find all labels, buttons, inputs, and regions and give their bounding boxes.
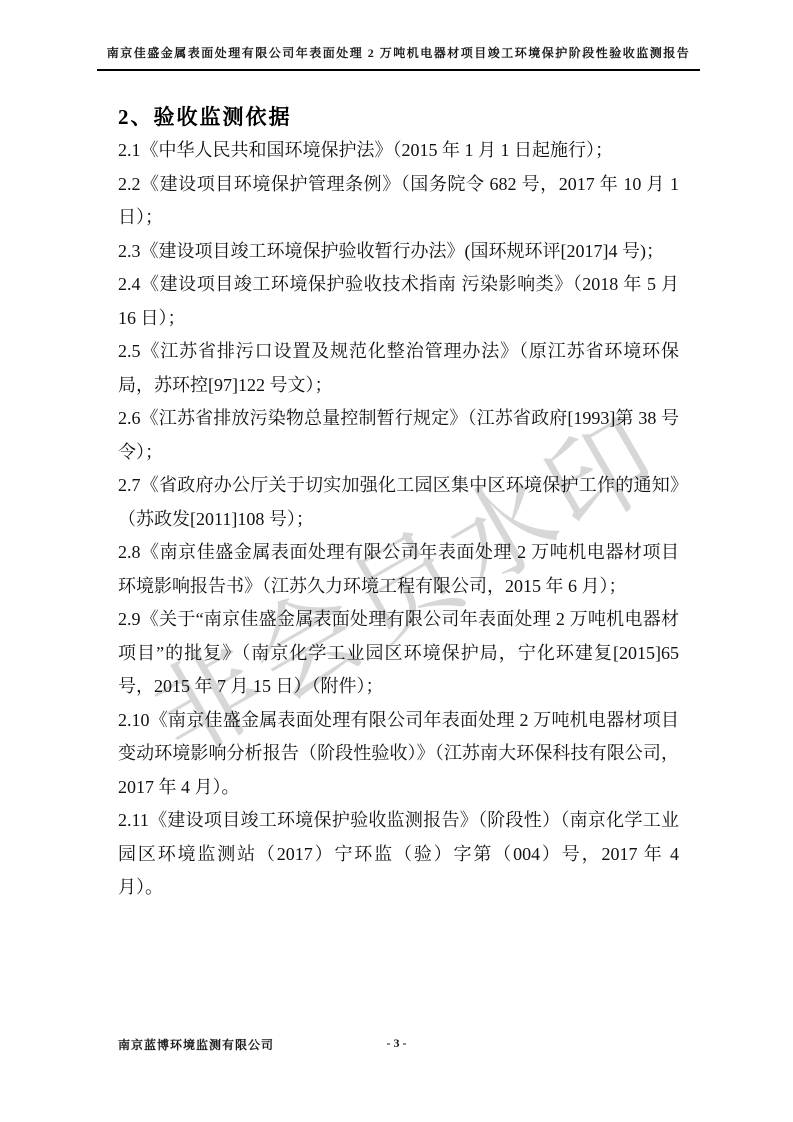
- reference-list: 2.1《中华人民共和国环境保护法》（2015 年 1 月 1 日起施行）； 2.…: [118, 134, 679, 905]
- report-header: 南京佳盛金属表面处理有限公司年表面处理 2 万吨机电器材项目竣工环境保护阶段性验…: [97, 44, 700, 71]
- reference-item-2-3: 2.3《建设项目竣工环境保护验收暂行办法》(国环规环评[2017]4 号)；: [118, 235, 679, 269]
- footer-page-number: - 3 -: [0, 1036, 793, 1051]
- page-body: 2、验收监测依据 2.1《中华人民共和国环境保护法》（2015 年 1 月 1 …: [118, 96, 679, 905]
- document-page: 非会员水印 南京佳盛金属表面处理有限公司年表面处理 2 万吨机电器材项目竣工环境…: [0, 0, 793, 1122]
- reference-item-2-2: 2.2《建设项目环境保护管理条例》（国务院令 682 号，2017 年 10 月…: [118, 168, 679, 235]
- page-footer: 南京蓝博环境监测有限公司 - 3 -: [0, 1036, 793, 1056]
- reference-item-2-8: 2.8《南京佳盛金属表面处理有限公司年表面处理 2 万吨机电器材项目环境影响报告…: [118, 536, 679, 603]
- reference-item-2-9: 2.9《关于“南京佳盛金属表面处理有限公司年表面处理 2 万吨机电器材项目”的批…: [118, 603, 679, 704]
- reference-item-2-1: 2.1《中华人民共和国环境保护法》（2015 年 1 月 1 日起施行）；: [118, 134, 679, 168]
- reference-item-2-11: 2.11《建设项目竣工环境保护验收监测报告》（阶段性）（南京化学工业园区环境监测…: [118, 804, 679, 905]
- reference-item-2-6: 2.6《江苏省排放污染物总量控制暂行规定》（江苏省政府[1993]第 38 号令…: [118, 402, 679, 469]
- reference-item-2-5: 2.5《江苏省排污口设置及规范化整治管理办法》（原江苏省环境环保局，苏环控[97…: [118, 335, 679, 402]
- report-header-title: 南京佳盛金属表面处理有限公司年表面处理 2 万吨机电器材项目竣工环境保护阶段性验…: [107, 46, 691, 60]
- reference-item-2-4: 2.4《建设项目竣工环境保护验收技术指南 污染影响类》（2018 年 5 月 1…: [118, 268, 679, 335]
- section-title: 2、验收监测依据: [118, 96, 679, 132]
- reference-item-2-10: 2.10《南京佳盛金属表面处理有限公司年表面处理 2 万吨机电器材项目变动环境影…: [118, 704, 679, 805]
- reference-item-2-7: 2.7《省政府办公厅关于切实加强化工园区集中区环境保护工作的通知》（苏政发[20…: [118, 469, 679, 536]
